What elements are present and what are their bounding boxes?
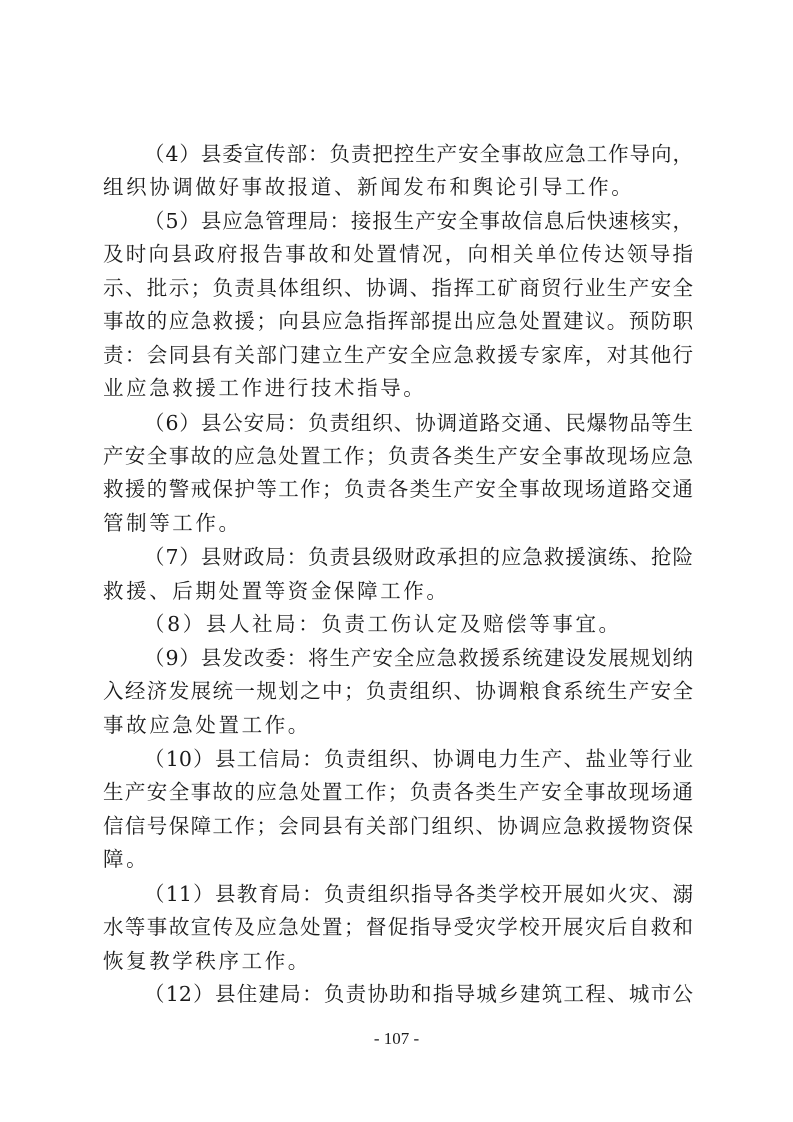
document-text-line: （12）县住建局：负责协助和指导城乡建筑工程、城市公 [144, 980, 693, 1008]
document-text-line: 业应急救援工作进行技术指导。 [103, 374, 693, 402]
document-text-line: 恢复教学秩序工作。 [103, 947, 693, 975]
document-text-line: 信信号保障工作；会同县有关部门组织、协调应急救援物资保 [103, 812, 693, 840]
document-text-line: （6）县公安局：负责组织、协调道路交通、民爆物品等生 [144, 409, 693, 437]
document-text-line: （10）县工信局：负责组织、协调电力生产、盐业等行业 [144, 745, 693, 773]
document-text-line: （8）县人社局：负责工伤认定及赔偿等事宜。 [144, 610, 693, 638]
document-text-line: 入经济发展统一规划之中；负责组织、协调粮食系统生产安全 [103, 677, 693, 705]
document-text-line: 生产安全事故的应急处置工作；负责各类生产安全事故现场通 [103, 778, 693, 806]
document-text-line: （9）县发改委：将生产安全应急救援系统建设发展规划纳 [144, 644, 693, 672]
document-text-line: 组织协调做好事故报道、新闻发布和舆论引导工作。 [103, 173, 693, 201]
document-text-line: 事故的应急救援；向县应急指挥部提出应急处置建议。预防职 [103, 307, 693, 335]
document-text-line: 责：会同县有关部门建立生产安全应急救援专家库，对其他行 [103, 341, 693, 369]
page-number: - 107 - [0, 1028, 793, 1050]
document-text-line: （11）县教育局：负责组织指导各类学校开展如火灾、溺 [144, 880, 693, 908]
document-page: （4）县委宣传部：负责把控生产安全事故应急工作导向，组织协调做好事故报道、新闻发… [0, 0, 793, 1122]
document-text-line: 障。 [103, 845, 693, 873]
document-text-line: 管制等工作。 [103, 509, 693, 537]
document-text-line: 及时向县政府报告事故和处置情况，向相关单位传达领导指 [103, 240, 693, 268]
document-text-line: （5）县应急管理局：接报生产安全事故信息后快速核实， [144, 207, 693, 235]
document-text-line: （7）县财政局：负责县级财政承担的应急救援演练、抢险 [144, 543, 693, 571]
document-text-line: 救援的警戒保护等工作；负责各类生产安全事故现场道路交通 [103, 475, 693, 503]
document-text-line: 救援、后期处置等资金保障工作。 [103, 577, 693, 605]
document-text-line: 事故应急处置工作。 [103, 711, 693, 739]
document-text-line: （4）县委宣传部：负责把控生产安全事故应急工作导向， [144, 140, 693, 168]
document-text-line: 产安全事故的应急处置工作；负责各类生产安全事故现场应急 [103, 442, 693, 470]
document-text-line: 水等事故宣传及应急处置；督促指导受灾学校开展灾后自救和 [103, 913, 693, 941]
document-text-line: 示、批示；负责具体组织、协调、指挥工矿商贸行业生产安全 [103, 274, 693, 302]
